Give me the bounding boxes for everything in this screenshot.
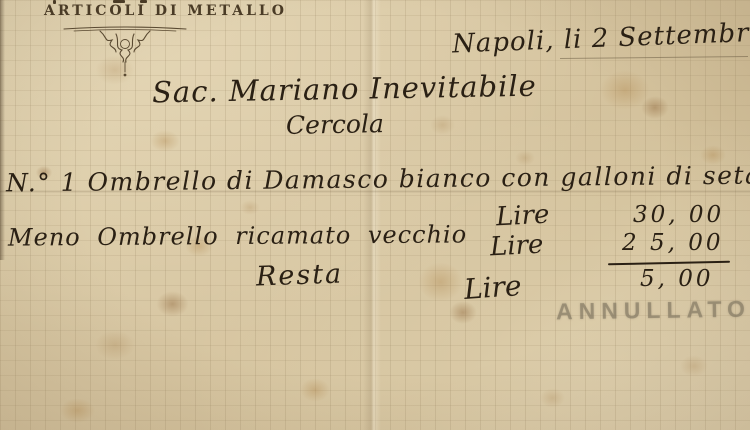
amount-value: 5, 00 xyxy=(640,268,714,291)
letterhead-ornament-icon xyxy=(60,22,190,80)
amount-value: 2 5, 00 xyxy=(622,232,723,255)
currency-label: Lire xyxy=(495,202,550,231)
recipient-name: Sac. Mariano Inevitabile xyxy=(152,72,537,108)
letterhead-title: ARTICOLI DI METALLO xyxy=(44,3,287,19)
scanned-invoice-document: { "doc": { "letterhead": "ARTICOLI DI ME… xyxy=(0,0,750,430)
annullato-stamp: ANNULLATO xyxy=(556,296,750,326)
item-description: N.° 1 Ombrello di Damasco bianco con gal… xyxy=(6,162,750,196)
scan-edge-shadow xyxy=(0,0,5,260)
currency-label: Lire xyxy=(463,272,522,304)
currency-label: Lire xyxy=(489,232,544,261)
amount-value: 30, 00 xyxy=(633,204,724,227)
vertical-fold-crease xyxy=(363,0,381,430)
item-description: Resta xyxy=(256,260,344,290)
item-description: Meno Ombrello ricamato vecchio xyxy=(8,222,467,249)
recipient-place: Cercola xyxy=(286,111,384,138)
